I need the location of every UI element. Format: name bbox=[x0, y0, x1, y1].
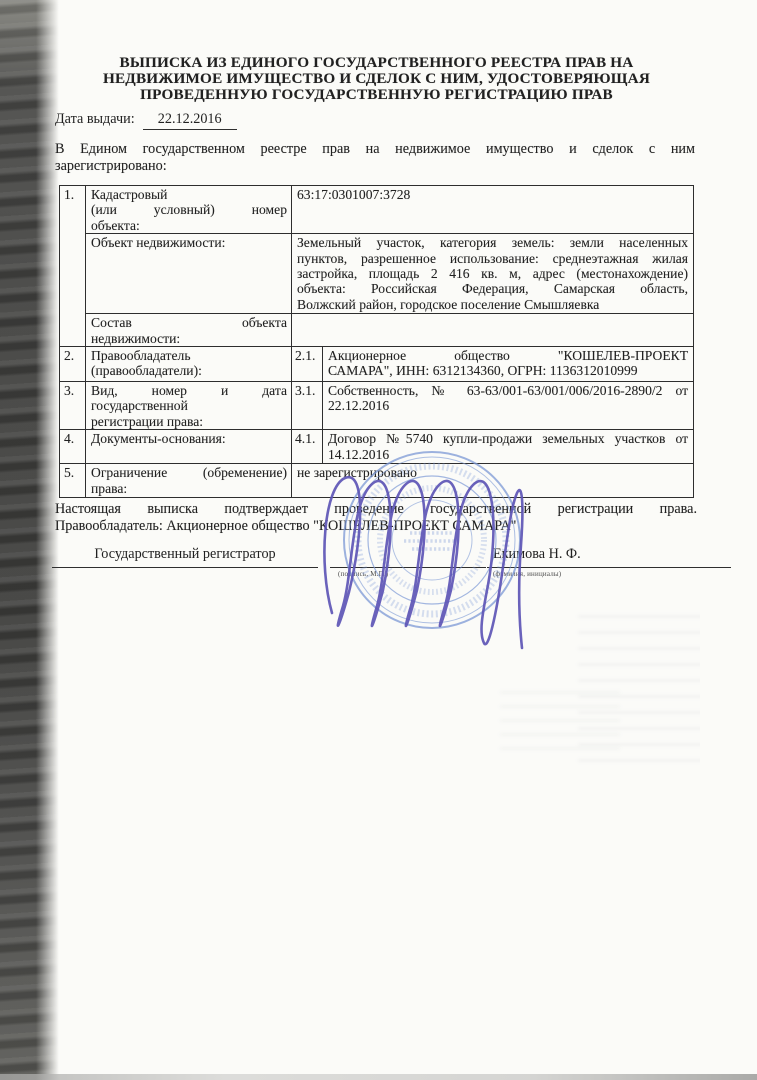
row-value-cell: Собственность, № 63-63/001-63/001/006/20… bbox=[323, 382, 694, 430]
scan-artifact bbox=[500, 690, 620, 750]
title-line: ПРОВЕДЕННУЮ ГОСУДАРСТВЕННУЮ РЕГИСТРАЦИЮ … bbox=[60, 87, 693, 103]
issue-date-value: 22.12.2016 bbox=[143, 111, 237, 130]
title-line: НЕДВИЖИМОЕ ИМУЩЕСТВО И СДЕЛОК С НИМ, УДО… bbox=[60, 71, 693, 87]
row-value-cell: Земельный участок, категория земель: зем… bbox=[292, 234, 694, 314]
row-value-cell: Договор №5740 купли-продажи земельных уч… bbox=[323, 430, 694, 464]
row-value-cell: 63:17:0301007:3728 bbox=[292, 186, 694, 234]
row-label-cell: Ограничение (обременение) права: bbox=[86, 464, 292, 498]
row-number-cell: 2. bbox=[60, 347, 86, 382]
issue-date-line: Дата выдачи:22.12.2016 bbox=[55, 111, 237, 130]
registrar-title: Государственный регистратор bbox=[94, 546, 275, 562]
row-number-cell: 1. bbox=[60, 186, 86, 347]
row-subnumber-cell: 2.1. bbox=[292, 347, 323, 382]
row-value-cell: Акционерное общество "КОШЕЛЕВ-ПРОЕКТ САМ… bbox=[323, 347, 694, 382]
table-row-object-composition: Состав объекта недвижимости: bbox=[60, 314, 694, 347]
row-label-cell: Вид, номер и дата государственной регист… bbox=[86, 382, 292, 430]
row-subnumber-cell: 3.1. bbox=[292, 382, 323, 430]
row-subnumber-cell: 4.1. bbox=[292, 430, 323, 464]
row-value-cell: не зарегистрировано bbox=[292, 464, 694, 498]
row-number-cell: 3. bbox=[60, 382, 86, 430]
row-label-cell: Состав объекта недвижимости: bbox=[86, 314, 292, 347]
row-number-cell: 5. bbox=[60, 464, 86, 498]
row-label-cell: Документы-основания: bbox=[86, 430, 292, 464]
document-title: ВЫПИСКА ИЗ ЕДИНОГО ГОСУДАРСТВЕННОГО РЕЕС… bbox=[60, 55, 693, 104]
scan-edge-right bbox=[700, 0, 757, 1080]
row-value-cell bbox=[292, 314, 694, 347]
intro-paragraph: В Едином государственном реестре прав на… bbox=[55, 141, 695, 175]
title-line: ВЫПИСКА ИЗ ЕДИНОГО ГОСУДАРСТВЕННОГО РЕЕС… bbox=[60, 55, 693, 71]
intro-line: В Едином государственном реестре прав на… bbox=[55, 141, 695, 158]
table-row-cadastral-number: 1. Кадастровый (или условный) номер объе… bbox=[60, 186, 694, 234]
registry-table: 1. Кадастровый (или условный) номер объе… bbox=[59, 185, 694, 498]
registrar-name: Екимова Н. Ф. bbox=[493, 546, 581, 562]
issue-date-label: Дата выдачи: bbox=[55, 111, 135, 127]
scan-edge-left bbox=[0, 0, 62, 1080]
signature-field-caption: (подпись, М.П.) bbox=[338, 570, 388, 578]
row-label-cell: Кадастровый (или условный) номер объекта… bbox=[86, 186, 292, 234]
confirmation-line: Правообладатель: Акционерное общество "К… bbox=[55, 518, 697, 535]
signature-field-line bbox=[330, 546, 486, 568]
table-row-registration-record: 3. Вид, номер и дата государственной рег… bbox=[60, 382, 694, 430]
row-label-cell: Правообладатель (правообладатели): bbox=[86, 347, 292, 382]
registrar-title-line: Государственный регистратор bbox=[52, 546, 318, 568]
row-number-cell: 4. bbox=[60, 430, 86, 464]
scanned-document-page: ВЫПИСКА ИЗ ЕДИНОГО ГОСУДАРСТВЕННОГО РЕЕС… bbox=[0, 0, 757, 1080]
scan-edge-bottom bbox=[0, 1074, 757, 1080]
table-row-property-object: Объект недвижимости: Земельный участок, … bbox=[60, 234, 694, 314]
registrar-name-caption: (фамилия, инициалы) bbox=[493, 570, 561, 578]
confirmation-paragraph: Настоящая выписка подтверждает проведени… bbox=[55, 501, 697, 534]
confirmation-line: Настоящая выписка подтверждает проведени… bbox=[55, 501, 697, 518]
table-row-rights-holder: 2. Правообладатель (правообладатели): 2.… bbox=[60, 347, 694, 382]
row-label-cell: Объект недвижимости: bbox=[86, 234, 292, 314]
registrar-name-line: Екимова Н. Ф. bbox=[487, 546, 731, 568]
table-row-encumbrance: 5. Ограничение (обременение) права: не з… bbox=[60, 464, 694, 498]
intro-line: зарегистрировано: bbox=[55, 158, 695, 175]
table-row-basis-documents: 4. Документы-основания: 4.1. Договор №57… bbox=[60, 430, 694, 464]
